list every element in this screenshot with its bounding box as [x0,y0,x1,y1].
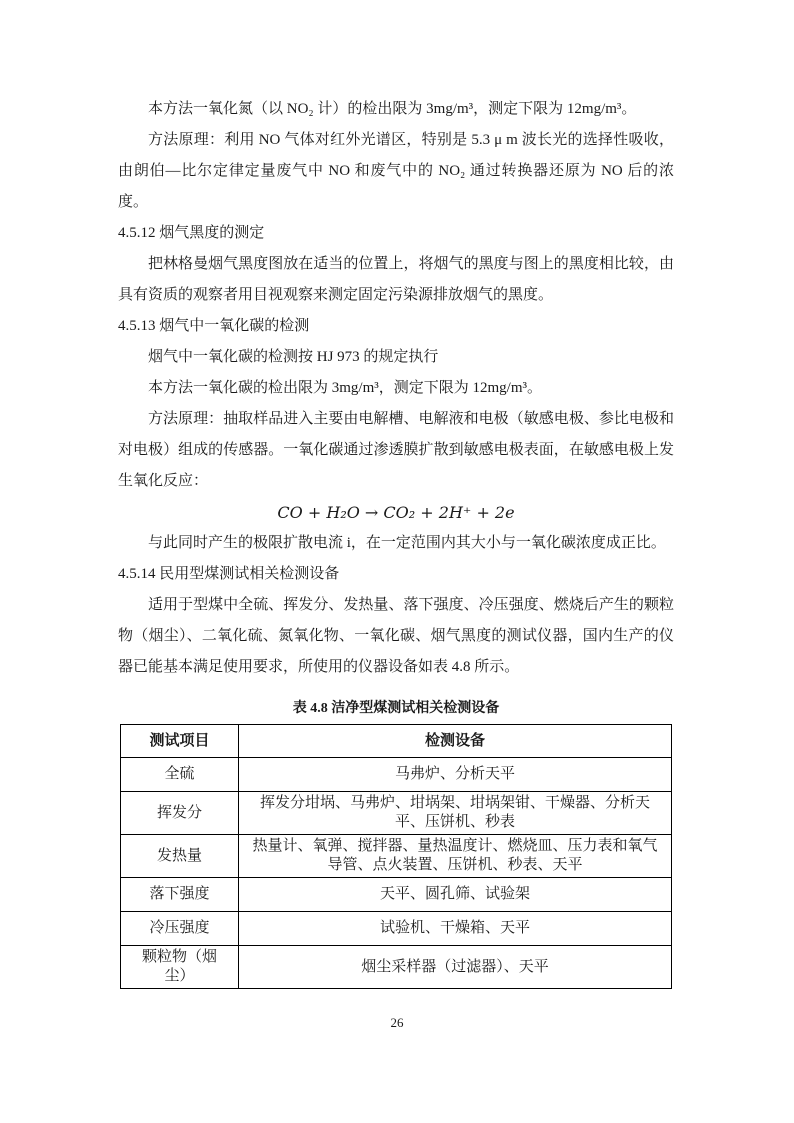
cell-test-item: 全硫 [121,758,239,792]
cell-test-item: 颗粒物（烟尘） [121,946,239,989]
paragraph-no-method-principle: 方法原理：利用 NO 气体对红外光谱区，特别是 5.3 μ m 波长光的选择性吸… [118,125,674,218]
table-header-row: 测试项目 检测设备 [121,725,672,758]
table-row: 全硫 马弗炉、分析天平 [121,758,672,792]
paragraph-smoke-blackness: 把林格曼烟气黑度图放在适当的位置上，将烟气的黑度与图上的黑度相比较，由具有资质的… [118,249,674,311]
cell-equipment: 烟尘采样器（过滤器）、天平 [239,946,672,989]
table-row: 挥发分 挥发分坩埚、马弗炉、坩埚架、坩埚架钳、干燥器、分析天平、压饼机、秒表 [121,792,672,835]
equipment-table: 测试项目 检测设备 全硫 马弗炉、分析天平 挥发分 挥发分坩埚、马弗炉、坩埚架、… [120,724,672,989]
table-row: 落下强度 天平、圆孔筛、试验架 [121,878,672,912]
chemical-equation: CO + H₂O → CO₂ + 2H⁺ + 2e [118,497,674,528]
table-row: 发热量 热量计、氧弹、搅拌器、量热温度计、燃烧皿、压力表和氧气导管、点火装置、压… [121,835,672,878]
paragraph-equipment-intro: 适用于型煤中全硫、挥发分、发热量、落下强度、冷压强度、燃烧后产生的颗粒物（烟尘）… [118,590,674,683]
column-header-test-item: 测试项目 [121,725,239,758]
paragraph-no-detection-limits: 本方法一氧化氮（以 NO₂ 计）的检出限为 3mg/m³，测定下限为 12mg/… [118,94,674,125]
document-page: 本方法一氧化氮（以 NO₂ 计）的检出限为 3mg/m³，测定下限为 12mg/… [0,0,794,1123]
document-body: 本方法一氧化氮（以 NO₂ 计）的检出限为 3mg/m³，测定下限为 12mg/… [118,94,674,989]
cell-equipment: 马弗炉、分析天平 [239,758,672,792]
section-heading-4-5-12: 4.5.12 烟气黑度的测定 [118,218,674,249]
table-row: 冷压强度 试验机、干燥箱、天平 [121,912,672,946]
cell-equipment: 试验机、干燥箱、天平 [239,912,672,946]
cell-test-item: 落下强度 [121,878,239,912]
cell-equipment: 天平、圆孔筛、试验架 [239,878,672,912]
column-header-equipment: 检测设备 [239,725,672,758]
section-heading-4-5-13: 4.5.13 烟气中一氧化碳的检测 [118,311,674,342]
page-number: 26 [0,1014,794,1032]
cell-test-item: 挥发分 [121,792,239,835]
cell-equipment: 挥发分坩埚、马弗炉、坩埚架、坩埚架钳、干燥器、分析天平、压饼机、秒表 [239,792,672,835]
table-row: 颗粒物（烟尘） 烟尘采样器（过滤器）、天平 [121,946,672,989]
cell-equipment: 热量计、氧弹、搅拌器、量热温度计、燃烧皿、压力表和氧气导管、点火装置、压饼机、秒… [239,835,672,878]
cell-test-item: 发热量 [121,835,239,878]
cell-test-item: 冷压强度 [121,912,239,946]
paragraph-co-detection-limits: 本方法一氧化碳的检出限为 3mg/m³，测定下限为 12mg/m³。 [118,373,674,404]
paragraph-co-method-principle: 方法原理：抽取样品进入主要由电解槽、电解液和电极（敏感电极、参比电极和对电极）组… [118,404,674,497]
section-heading-4-5-14: 4.5.14 民用型煤测试相关检测设备 [118,559,674,590]
table-caption: 表 4.8 洁净型煤测试相关检测设备 [118,693,674,724]
paragraph-diffusion-current: 与此同时产生的极限扩散电流 i，在一定范围内其大小与一氧化碳浓度成正比。 [118,528,674,559]
paragraph-co-standard: 烟气中一氧化碳的检测按 HJ 973 的规定执行 [118,342,674,373]
